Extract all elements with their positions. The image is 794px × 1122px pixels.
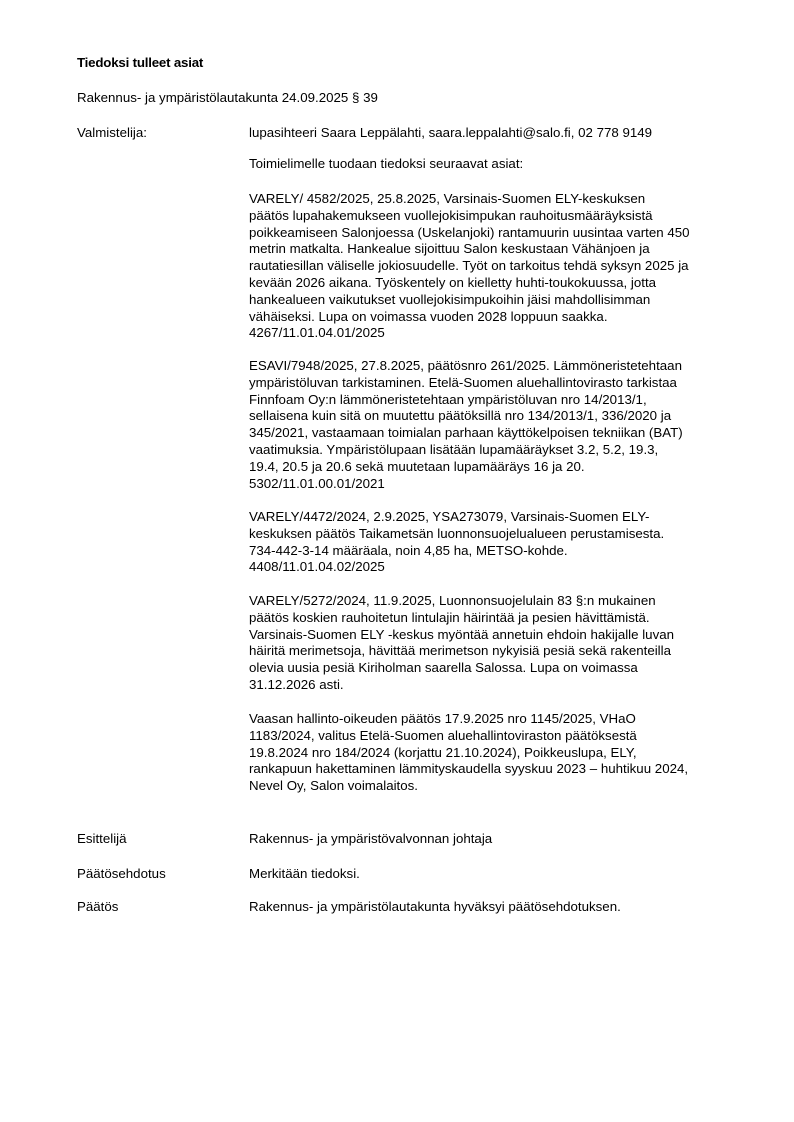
notice-line: 31.12.2026 asti. [249,677,749,694]
notice-line: poikkeamiseen Salonjoessa (Uskelanjoki) … [249,225,749,242]
notice-line: metrin matkalta. Hankealue sijoittuu Sal… [249,241,749,258]
notice-line: ESAVI/7948/2025, 27.8.2025, päätösnro 26… [249,358,749,375]
document-page: Tiedoksi tulleet asiat Rakennus- ja ympä… [0,0,794,1122]
notice-item-4: VARELY/5272/2024, 11.9.2025, Luonnonsuoj… [249,593,749,694]
notice-line: hankealueen vaikutukset vuollejokisimpuk… [249,292,749,309]
notice-line: 5302/11.01.00.01/2021 [249,476,749,493]
proposal-label: Päätösehdotus [77,866,166,881]
notice-line: rautatiesillan väliselle jokiosuudelle. … [249,258,749,275]
notice-line: 4408/11.01.04.02/2025 [249,559,749,576]
notice-line: kevään 2026 aikana. Työskentely on kiell… [249,275,749,292]
document-heading: Tiedoksi tulleet asiat [77,55,203,70]
notice-line: häiritä merimetsoja, hävittää merimetson… [249,643,749,660]
presenter-label: Esittelijä [77,831,127,846]
notice-line: olevia uusia pesiä Kiriholman saarella S… [249,660,749,677]
preparer-value: lupasihteeri Saara Leppälahti, saara.lep… [249,125,749,140]
notice-line: vaatimuksia. Ympäristölupaan lisätään lu… [249,442,749,459]
preparer-label: Valmistelija: [77,125,147,140]
notice-line: Finnfoam Oy:n lämmöneristetehtaan ympäri… [249,392,749,409]
notice-line: VARELY/ 4582/2025, 25.8.2025, Varsinais-… [249,191,749,208]
notice-line: 19.8.2024 nro 184/2024 (korjattu 21.10.2… [249,745,749,762]
notice-line: Vaasan hallinto-oikeuden päätös 17.9.202… [249,711,749,728]
notice-item-5: Vaasan hallinto-oikeuden päätös 17.9.202… [249,711,749,795]
notice-item-3: VARELY/4472/2024, 2.9.2025, YSA273079, V… [249,509,749,576]
notice-item-2: ESAVI/7948/2025, 27.8.2025, päätösnro 26… [249,358,749,492]
notice-line: 734-442-3-14 määräala, noin 4,85 ha, MET… [249,543,749,560]
notice-line: ympäristöluvan tarkistaminen. Etelä-Suom… [249,375,749,392]
notice-line: sellaisena kuin sitä on muutettu päätöks… [249,408,749,425]
notice-line: Nevel Oy, Salon voimalaitos. [249,778,749,795]
notice-line: VARELY/4472/2024, 2.9.2025, YSA273079, V… [249,509,749,526]
notice-line: VARELY/5272/2024, 11.9.2025, Luonnonsuoj… [249,593,749,610]
decision-label: Päätös [77,899,118,914]
notice-line: päätös koskien rauhoitetun lintulajin hä… [249,610,749,627]
notice-line: 19.4, 20.5 ja 20.6 sekä muutetaan lupamä… [249,459,749,476]
notice-line: keskuksen päätös Taikametsän luonnonsuoj… [249,526,749,543]
notice-line: 4267/11.01.04.01/2025 [249,325,749,342]
notice-line: rankapuun hakettaminen lämmityskaudella … [249,761,749,778]
notice-line: 345/2021, vastaamaan toimialan parhaan k… [249,425,749,442]
notice-line: vähäiseksi. Lupa on voimassa vuoden 2028… [249,309,749,326]
notice-item-1: VARELY/ 4582/2025, 25.8.2025, Varsinais-… [249,191,749,342]
meeting-line: Rakennus- ja ympäristölautakunta 24.09.2… [77,90,378,105]
intro-text: Toimielimelle tuodaan tiedoksi seuraavat… [249,156,523,171]
presenter-value: Rakennus- ja ympäristövalvonnan johtaja [249,831,749,846]
notice-line: päätös lupahakemukseen vuollejokisimpuka… [249,208,749,225]
decision-value: Rakennus- ja ympäristölautakunta hyväksy… [249,899,749,914]
notice-line: Varsinais-Suomen ELY -keskus myöntää ann… [249,627,749,644]
proposal-value: Merkitään tiedoksi. [249,866,749,881]
notice-line: 1183/2024, valitus Etelä-Suomen aluehall… [249,728,749,745]
